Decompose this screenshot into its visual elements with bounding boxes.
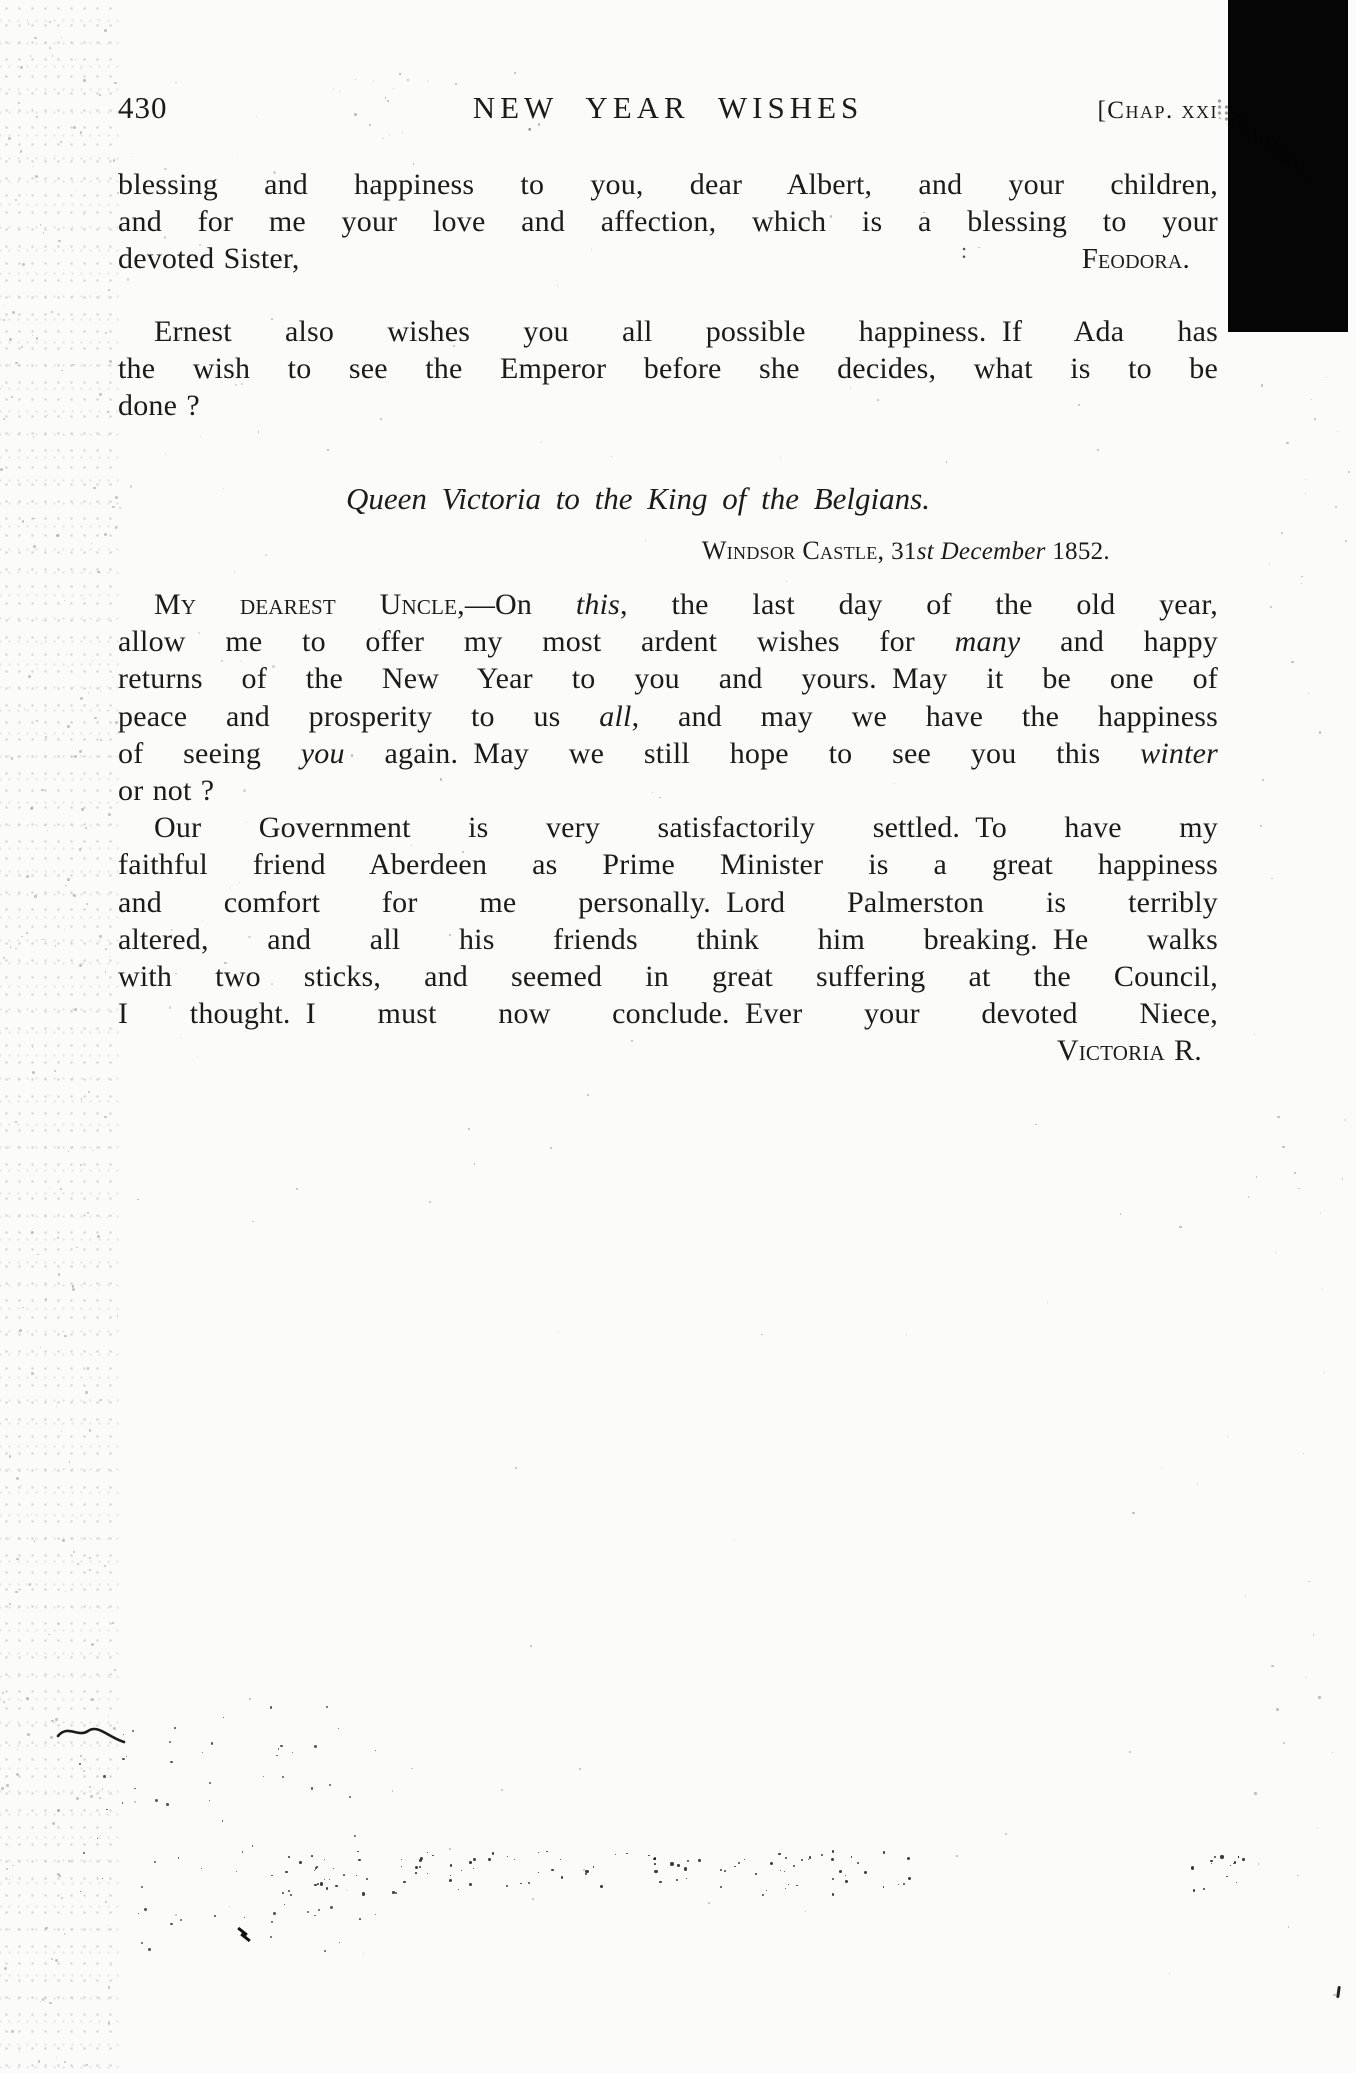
running-title: NEW YEAR WISHES <box>118 90 1218 126</box>
text-line: of seeing you again. May we still hope t… <box>118 735 1218 772</box>
small-caps-text: My dearest Uncle, <box>154 588 465 621</box>
italic-text: many <box>955 625 1021 658</box>
scan-artifact-squiggle <box>56 1720 130 1750</box>
small-caps-text: Victoria R. <box>1057 1034 1202 1067</box>
italic-text: winter <box>1140 737 1218 770</box>
plain-text: returns of the New Year to you and yours… <box>118 662 1218 695</box>
line-left: devoted Sister, <box>118 240 300 278</box>
text-line: blessing and happiness to you, dear Albe… <box>118 166 1218 203</box>
plain-text: blessing and happiness to you, dear Albe… <box>118 168 1218 201</box>
italic-text: st <box>917 538 934 565</box>
plain-text: and comfort for me personally. Lord Palm… <box>118 886 1218 919</box>
text-line: the wish to see the Emperor before she d… <box>118 350 1218 387</box>
plain-text: with two sticks, and seemed in great suf… <box>118 960 1218 993</box>
text-line: and for me your love and affection, whic… <box>118 203 1218 240</box>
letter-dateline: Windsor Castle, 31st December 1852. <box>118 536 1218 566</box>
plain-text: I thought. I must now conclude. Ever you… <box>118 997 1218 1030</box>
letter-body: My dearest Uncle,—On this, the last day … <box>118 586 1218 1070</box>
line-signature: Feodora. <box>1082 240 1190 278</box>
plain-text: 31 <box>891 538 917 565</box>
plain-text: , the last day of the old year, <box>620 588 1218 621</box>
plain-text: of seeing <box>118 737 301 770</box>
text-line: devoted Sister,Feodora. <box>118 240 1218 278</box>
scan-grain-left-margin <box>0 0 120 2073</box>
plain-text: again. May we still hope to see you this <box>345 737 1140 770</box>
plain-text: and happy <box>1020 625 1218 658</box>
paragraph-feodora-closing: blessing and happiness to you, dear Albe… <box>118 166 1218 279</box>
plain-text: done ? <box>118 389 200 422</box>
plain-text: allow me to offer my most ardent wishes … <box>118 625 955 658</box>
text-line: My dearest Uncle,—On this, the last day … <box>118 586 1218 623</box>
plain-text: Ernest also wishes you all possible happ… <box>154 315 1218 348</box>
letter-heading: Queen Victoria to the King of the Belgia… <box>118 481 1218 517</box>
plain-text: 1852. <box>1046 538 1110 565</box>
plain-text: and for me your love and affection, whic… <box>118 205 1218 238</box>
text-line: Ernest also wishes you all possible happ… <box>118 313 1218 350</box>
scan-artifact-dash <box>1336 1986 1341 1998</box>
italic-text: all <box>599 700 631 733</box>
plain-text: faithful friend Aberdeen as Prime Minist… <box>118 848 1218 881</box>
plain-text: devoted Sister, <box>118 242 300 275</box>
text-line: returns of the New Year to you and yours… <box>118 660 1218 697</box>
page-header: 430 NEW YEAR WISHES [Chap. xxi <box>118 90 1218 126</box>
book-page-scan: 430 NEW YEAR WISHES [Chap. xxi blessing … <box>0 0 1356 2073</box>
scan-artifact-colon: : <box>961 238 967 264</box>
text-line: allow me to offer my most ardent wishes … <box>118 623 1218 660</box>
text-line: or not ? <box>118 772 1218 809</box>
plain-text: Our Government is very satisfactorily se… <box>154 811 1218 844</box>
small-caps-text: Windsor Castle, <box>702 536 891 565</box>
small-caps-text: Feodora. <box>1082 243 1190 275</box>
plain-text: , and may we have the happiness <box>632 700 1218 733</box>
text-line: and comfort for me personally. Lord Palm… <box>118 884 1218 921</box>
plain-text: or not ? <box>118 774 214 807</box>
text-line: faithful friend Aberdeen as Prime Minist… <box>118 846 1218 883</box>
italic-text: this <box>576 588 620 621</box>
italic-text: December <box>941 538 1046 565</box>
text-line: with two sticks, and seemed in great suf… <box>118 958 1218 995</box>
plain-text: altered, and all his friends think him b… <box>118 923 1218 956</box>
text-line: altered, and all his friends think him b… <box>118 921 1218 958</box>
text-line: Victoria R. <box>118 1032 1218 1069</box>
text-line: I thought. I must now conclude. Ever you… <box>118 995 1218 1032</box>
plain-text: peace and prosperity to us <box>118 700 599 733</box>
italic-text: Queen Victoria to the King of the Belgia… <box>346 481 930 516</box>
text-line: Our Government is very satisfactorily se… <box>118 809 1218 846</box>
paragraph-feodora-postscript: Ernest also wishes you all possible happ… <box>118 313 1218 425</box>
text-line: peace and prosperity to us all, and may … <box>118 698 1218 735</box>
italic-text: you <box>301 737 345 770</box>
scan-artifact-tick <box>237 1930 253 1946</box>
plain-text: the wish to see the Emperor before she d… <box>118 352 1218 385</box>
plain-text: —On <box>465 588 576 621</box>
text-line: done ? <box>118 387 1218 424</box>
